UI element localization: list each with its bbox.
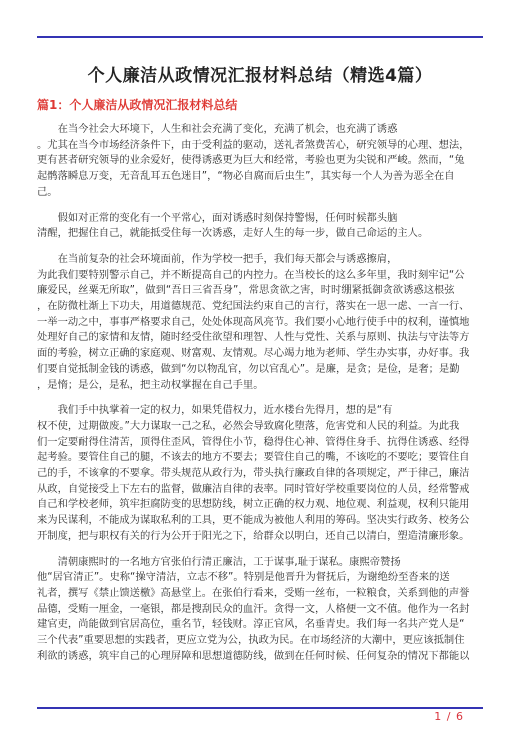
paragraph-1: 在当今社会大环境下，人生和社会充满了变化，充满了机会，也充满了诱惑 。尤其在当今… [37, 122, 484, 201]
paragraph-4: 我们手中执掌着一定的权力，如果凭借权力，近水楼台先得月，想的是“有 权不使，过期… [37, 403, 484, 544]
top-divider [37, 36, 483, 38]
paragraph-3: 在当前复杂的社会环境面前，作为学校一把手，我们每天都会与诱惑擦肩， 为此我们要特… [37, 252, 484, 393]
bottom-divider [37, 707, 483, 709]
paragraph-2: 假如对正常的变化有一个平常心，面对诱惑时刻保持警惕，任何时候都头脑 清醒，把握住… [37, 211, 484, 242]
document-page: 个人廉洁从政情况汇报材料总结（精选4篇） 篇1：个人廉洁从政情况汇报材料总结 在… [0, 0, 520, 735]
document-title: 个人廉洁从政情况汇报材料总结（精选4篇） [37, 64, 483, 88]
page-indicator: 1 / 6 [434, 710, 464, 724]
document-body: 在当今社会大环境下，人生和社会充满了变化，充满了机会，也充满了诱惑 。尤其在当今… [37, 122, 484, 675]
paragraph-5: 清朝康熙时的一名地方官张伯行清正廉洁，工于谋事,耻于谋私。康熙帝赞扬 他“居官清… [37, 555, 484, 665]
section-1-heading: 篇1：个人廉洁从政情况汇报材料总结 [37, 97, 483, 113]
